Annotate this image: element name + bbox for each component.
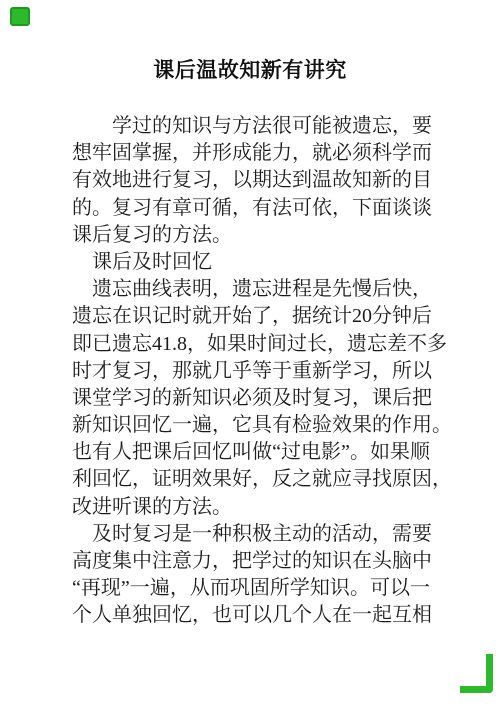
text-line: 即已遗忘41.8，如果时间过长，遗忘差不多 — [72, 331, 430, 358]
text-line: 课后复习的方法。 — [72, 222, 430, 249]
text-line: 新知识回忆一遍，它具有检验效果的作用。 — [72, 412, 430, 439]
document-title: 课后温故知新有讲究 — [0, 54, 500, 84]
text-line: 课堂学习的新知识必须及时复习，课后把 — [72, 385, 430, 412]
text-line: 也有人把课后回忆叫做“过电影”。如果顺 — [72, 439, 430, 466]
text-line: 及时复习是一种积极主动的活动，需要 — [72, 521, 430, 548]
text-line: 学过的知识与方法很可能被遗忘，要 — [72, 113, 430, 140]
text-line: 个人单独回忆，也可以几个人在一起互相 — [72, 602, 430, 629]
text-line: 有效地进行复习，以期达到温故知新的目 — [72, 167, 430, 194]
document-body: 学过的知识与方法很可能被遗忘，要 想牢固掌握，并形成能力，就必须科学而 有效地进… — [72, 113, 430, 630]
corner-decoration-bottom-right-icon — [460, 654, 493, 693]
text-line: 遗忘曲线表明，遗忘进程是先慢后快， — [72, 276, 430, 303]
text-line: 改进听课的方法。 — [72, 494, 430, 521]
section-heading: 课后及时回忆 — [72, 249, 430, 276]
text-line: 遗忘在识记时就开始了，据统计20分钟后 — [72, 303, 430, 330]
text-line: 的。复习有章可循，有法可依，下面谈谈 — [72, 195, 430, 222]
text-line: 时才复习，那就几乎等于重新学习，所以 — [72, 358, 430, 385]
text-line: 想牢固掌握，并形成能力，就必须科学而 — [72, 140, 430, 167]
corner-decoration-top-left-icon — [10, 7, 30, 26]
text-line: 利回忆，证明效果好，反之就应寻找原因， — [72, 466, 430, 493]
text-line: 高度集中注意力，把学过的知识在头脑中 — [72, 548, 430, 575]
document-page: 课后温故知新有讲究 学过的知识与方法很可能被遗忘，要 想牢固掌握，并形成能力，就… — [0, 0, 500, 708]
text-line: “再现”一遍，从而巩固所学知识。可以一 — [72, 575, 430, 602]
